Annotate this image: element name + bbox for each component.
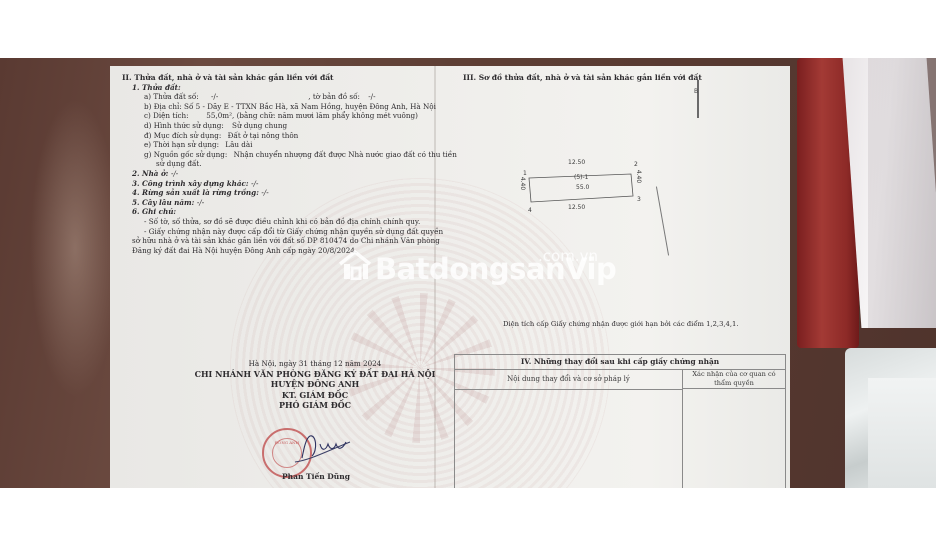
folder-inner-shadow (868, 58, 936, 328)
bottom-edge-length: 12.50 (568, 204, 585, 211)
changes-table-title: IV. Những thay đổi sau khi cấp giấy chứn… (455, 355, 785, 370)
term-label: e) Thời hạn sử dụng: (144, 140, 219, 149)
purpose-value: Đất ở tại nông thôn (224, 131, 299, 140)
parcel-area: 55.0 (576, 184, 589, 191)
office-line-1: CHI NHÁNH VĂN PHÒNG ĐĂNG KÝ ĐẤT ĐAI HÀ N… (190, 369, 440, 380)
purpose-row: đ) Mục đích sử dụng: Đất ở tại nông thôn (122, 131, 457, 141)
office-line-2: HUYỆN ĐÔNG ANH (190, 379, 440, 390)
top-edge-length: 12.50 (568, 159, 585, 166)
signer-name: Phan Tiến Dũng (282, 472, 350, 481)
section-iii-title: III. Sơ đồ thửa đất, nhà ở và tài sản kh… (463, 73, 702, 83)
term-value: Lâu dài (221, 140, 252, 149)
section-ii-title: II. Thửa đất, nhà ở và tài sản khác gắn … (122, 73, 457, 83)
house-row: 2. Nhà ở: -/- (122, 169, 457, 179)
land-heading: 1. Thửa đất: (122, 83, 457, 93)
column-divider (682, 389, 683, 488)
address-label: b) Địa chỉ: (144, 102, 182, 111)
parcel-number-value: -/- (201, 92, 306, 102)
origin-label: g) Nguồn gốc sử dụng: (144, 150, 227, 159)
right-edge-length: 4.40 (635, 170, 642, 183)
parcel-number-row: a) Thửa đất số: -/- , tờ bản đồ số: -/- (122, 92, 457, 102)
boundary-note: Diện tích cấp Giấy chứng nhận được giới … (503, 320, 739, 330)
house-label: 2. Nhà ở: (132, 169, 168, 178)
production-forest-value: -/- (261, 188, 268, 197)
notes-label: 6. Ghi chú: (122, 207, 457, 217)
column-authority-confirmation: Xác nhận của cơ quan có thẩm quyền (683, 369, 785, 389)
use-form-row: d) Hình thức sử dụng: Sử dụng chung (122, 121, 457, 131)
signature-icon (290, 430, 360, 470)
other-construction-row: 3. Công trình xây dựng khác: -/- (122, 179, 457, 189)
notes-line-3: sở hữu nhà ở và tài sản khác gắn liền vớ… (122, 236, 457, 246)
house-logo-icon (338, 250, 372, 280)
origin-value-cont: sử dụng đất. (122, 159, 457, 169)
left-edge-length: 4.40 (519, 177, 526, 190)
notes-line-2: - Giấy chứng nhận này được cấp đổi từ Gi… (122, 227, 457, 237)
other-construction-label: 3. Công trình xây dựng khác: (132, 179, 249, 188)
address-row: b) Địa chỉ: Số 5 - Dãy E - TTXN Bắc Hà, … (122, 102, 457, 112)
map-sheet-label: , tờ bản đồ số: (308, 92, 360, 101)
north-arrow-icon (697, 80, 699, 118)
title-line-2: PHÓ GIÁM ĐỐC (190, 400, 440, 411)
watermark-domain: .com.vn (538, 247, 598, 265)
document-photo: II. Thửa đất, nhà ở và tài sản khác gắn … (0, 58, 936, 488)
area-value: 55,0m², (bằng chữ: năm mươi lăm phẩy khô… (206, 111, 418, 120)
perennial-trees-value: -/- (197, 198, 204, 207)
map-sheet-value: -/- (362, 92, 375, 101)
term-row: e) Thời hạn sử dụng: Lâu dài (122, 140, 457, 150)
point-2: 2 (634, 161, 638, 168)
notes-line-1: - Số tờ, số thửa, sơ đồ sẽ được điều chỉ… (122, 217, 457, 227)
address-value: Số 5 - Dãy E - TTXN Bắc Hà, xã Nam Hồng,… (184, 102, 436, 111)
left-page-content: II. Thửa đất, nhà ở và tài sản khác gắn … (122, 73, 457, 255)
production-forest-row: 4. Rừng sản xuất là rừng trồng: -/- (122, 188, 457, 198)
changes-table: IV. Những thay đổi sau khi cấp giấy chứn… (454, 354, 786, 488)
perennial-trees-label: 5. Cây lâu năm: (132, 198, 194, 207)
house-value: -/- (171, 169, 178, 178)
north-label: B (694, 88, 698, 95)
use-form-label: d) Hình thức sử dụng: (144, 121, 224, 130)
origin-row: g) Nguồn gốc sử dụng: Nhận chuyển nhượng… (122, 150, 457, 160)
column-change-content: Nội dung thay đổi và cơ sở pháp lý (455, 369, 683, 390)
signature-block: Hà Nội, ngày 31 tháng 12 năm 2024 CHI NH… (190, 359, 440, 411)
title-line-1: KT. GIÁM ĐỐC (190, 390, 440, 401)
origin-value: Nhận chuyển nhượng đất được Nhà nước gia… (230, 150, 457, 159)
use-form-value: Sử dụng chung (226, 121, 287, 130)
area-row: c) Diện tích: 55,0m², (bằng chữ: năm mươ… (122, 111, 457, 121)
parcel-number-label: a) Thửa đất số: (144, 92, 199, 101)
plastic-sleeve-inner (868, 378, 936, 488)
point-4: 4 (528, 207, 532, 214)
point-1: 1 (523, 170, 527, 177)
purpose-label: đ) Mục đích sử dụng: (144, 131, 221, 140)
parcel-label: (5)-1 (574, 174, 588, 181)
production-forest-label: 4. Rừng sản xuất là rừng trồng: (132, 188, 259, 197)
other-construction-value: -/- (251, 179, 258, 188)
perennial-trees-row: 5. Cây lâu năm: -/- (122, 198, 457, 208)
point-3: 3 (637, 196, 641, 203)
date-line: Hà Nội, ngày 31 tháng 12 năm 2024 (190, 359, 440, 369)
area-label: c) Diện tích: (144, 111, 204, 121)
table-surface (30, 98, 120, 398)
